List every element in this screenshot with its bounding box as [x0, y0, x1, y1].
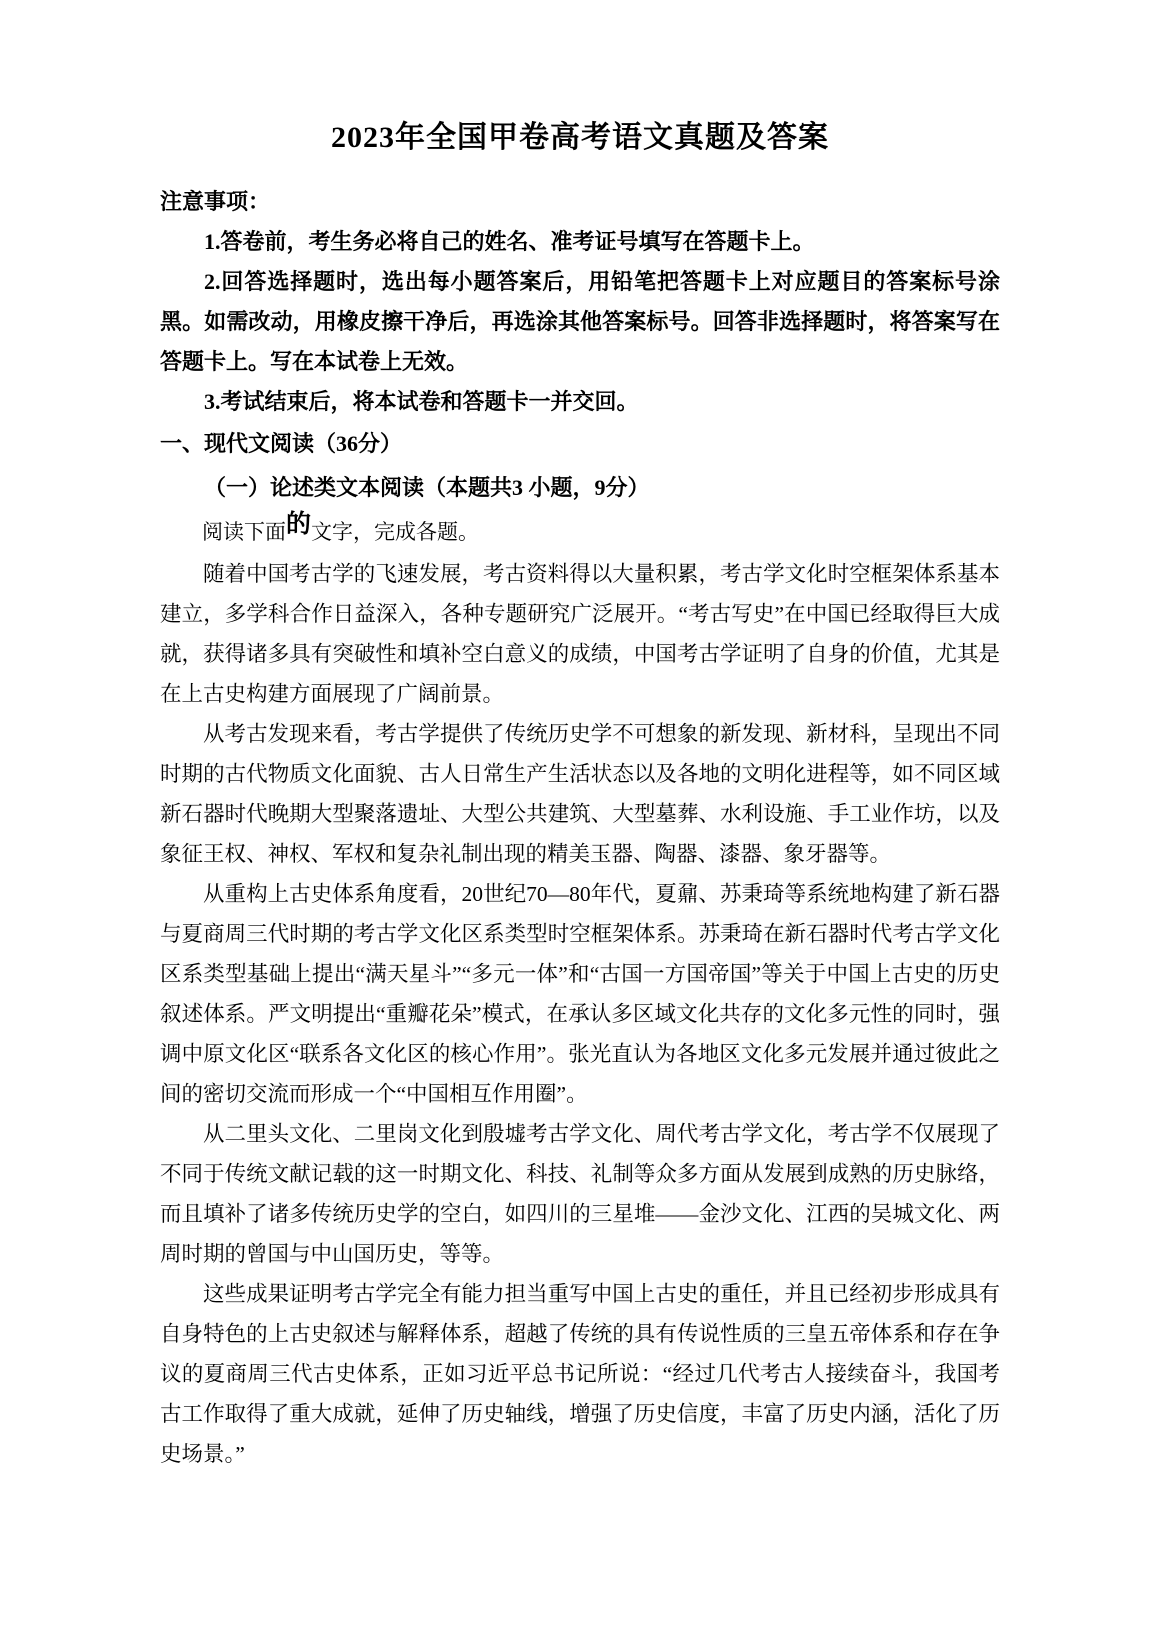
notice-heading: 注意事项： — [160, 182, 1000, 222]
notice-item-1: 1.答卷前，考生务必将自己的姓名、准考证号填写在答题卡上。 — [160, 222, 1000, 262]
subsection-heading-discursive-text: （一）论述类文本阅读（本题共3 小题，9分） — [160, 466, 1000, 510]
passage-paragraph-1: 随着中国考古学的飞速发展，考古资料得以大量积累，考古学文化时空框架体系基本建立，… — [160, 554, 1000, 714]
exam-paper-page: 2023年全国甲卷高考语文真题及答案 注意事项： 1.答卷前，考生务必将自己的姓… — [0, 0, 1158, 1638]
notice-item-3: 3.考试结束后，将本试卷和答题卡一并交回。 — [160, 382, 1000, 422]
reading-intro-before: 阅读下面 — [202, 520, 286, 544]
passage-paragraph-3: 从重构上古史体系角度看，20世纪70—80年代，夏鼐、苏秉琦等系统地构建了新石器… — [160, 874, 1000, 1114]
document-title: 2023年全国甲卷高考语文真题及答案 — [160, 118, 1000, 158]
reading-intro-line: 阅读下面的文字，完成各题。 — [160, 510, 1000, 554]
notice-section: 注意事项： 1.答卷前，考生务必将自己的姓名、准考证号填写在答题卡上。 2.回答… — [160, 182, 1000, 422]
notice-item-2: 2.回答选择题时，选出每小题答案后，用铅笔把答题卡上对应题目的答案标号涂黑。如需… — [160, 262, 1000, 382]
section-heading-modern-reading: 一、现代文阅读（36分） — [160, 422, 1000, 466]
reading-intro-after: 文字，完成各题。 — [311, 520, 479, 544]
reading-intro-emphasis-de: 的 — [286, 511, 311, 538]
passage-paragraph-4: 从二里头文化、二里岗文化到殷墟考古学文化、周代考古学文化，考古学不仅展现了不同于… — [160, 1114, 1000, 1274]
passage-body: 随着中国考古学的飞速发展，考古资料得以大量积累，考古学文化时空框架体系基本建立，… — [160, 554, 1000, 1474]
passage-paragraph-5: 这些成果证明考古学完全有能力担当重写中国上古史的重任，并且已经初步形成具有自身特… — [160, 1274, 1000, 1474]
passage-paragraph-2: 从考古发现来看，考古学提供了传统历史学不可想象的新发现、新材科，呈现出不同时期的… — [160, 714, 1000, 874]
